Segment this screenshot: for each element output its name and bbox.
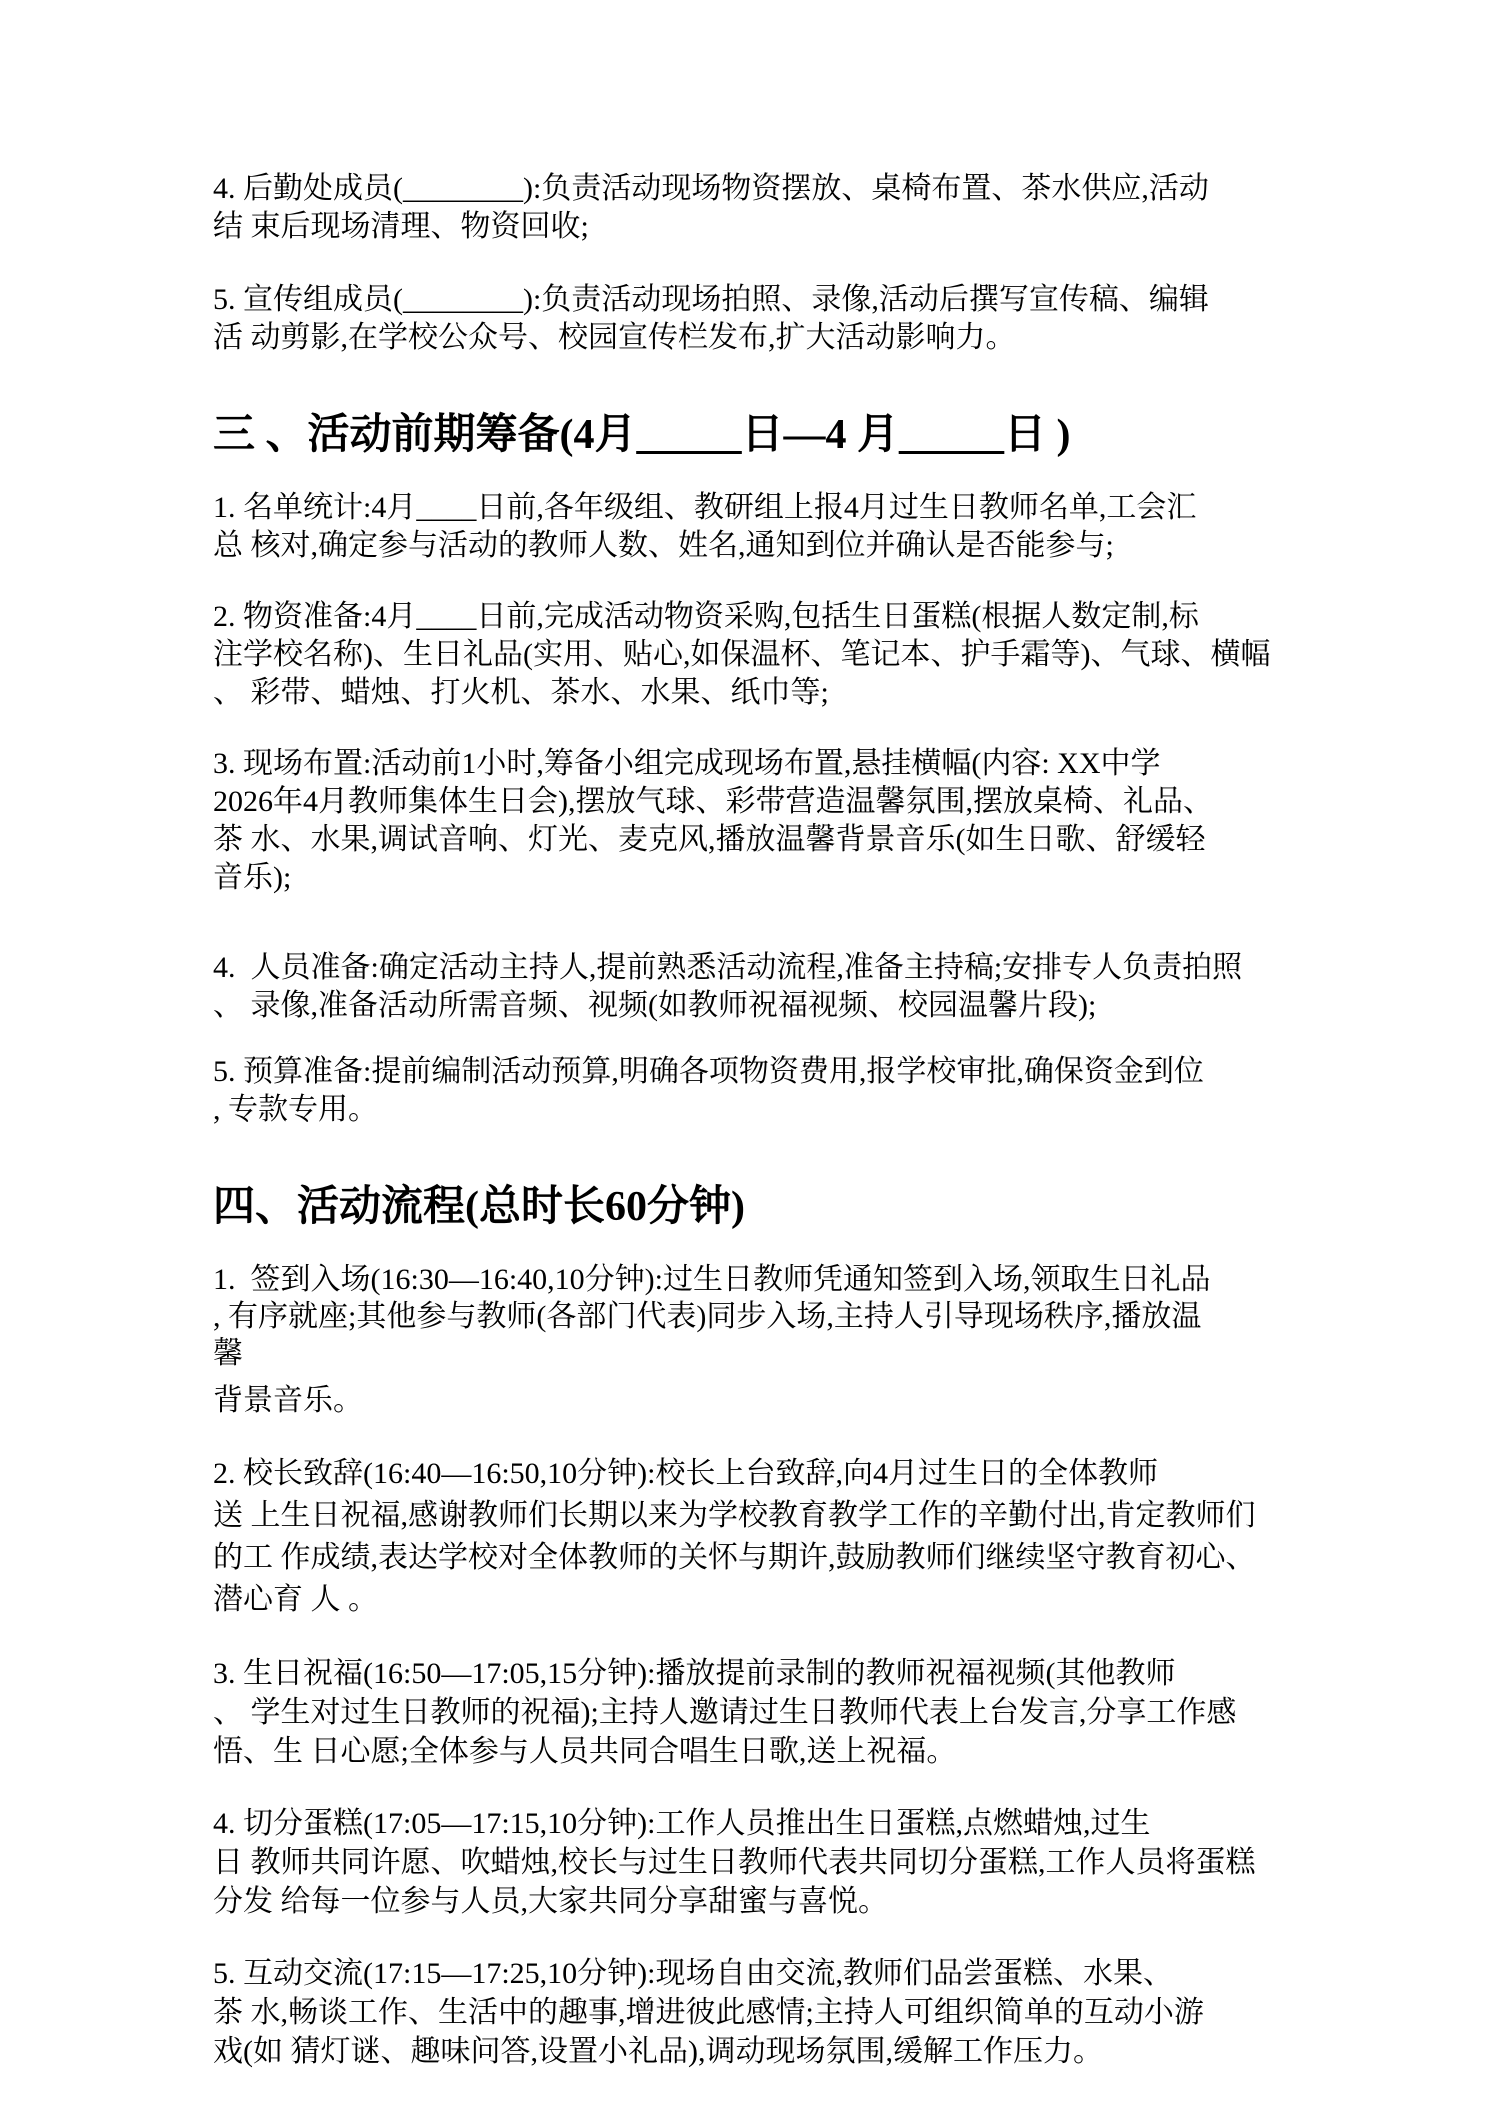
paragraph: 3. 生日祝福(16:50—17:05,15分钟):播放提前录制的教师祝福视频(…: [213, 1654, 1373, 1771]
text-line: 日 教师共同许愿、吹蜡烛,校长与过生日教师代表共同切分蛋糕,工作人员将蛋糕: [213, 1843, 1373, 1882]
text-line: 活 动剪影,在学校公众号、校园宣传栏发布,扩大活动影响力。: [213, 319, 1373, 357]
text-line: , 有序就座;其他参与教师(各部门代表)同步入场,主持人引导现场秩序,播放温: [213, 1298, 1373, 1335]
text-line: 茶 水、水果,调试音响、灯光、麦克风,播放温馨背景音乐(如生日歌、舒缓轻: [213, 821, 1373, 859]
text-line: 2. 校长致辞(16:40—16:50,10分钟):校长上台致辞,向4月过生日的…: [213, 1453, 1373, 1495]
text-line: 2. 物资准备:4月____日前,完成活动物资采购,包括生日蛋糕(根据人数定制,…: [213, 598, 1373, 636]
section-four-process-body: 1. 签到入场(16:30—16:40,10分钟):过生日教师凭通知签到入场,领…: [213, 1261, 1373, 2071]
text-line: 5. 互动交流(17:15—17:25,10分钟):现场自由交流,教师们品尝蛋糕…: [213, 1954, 1373, 1993]
text-line: 悟、生 日心愿;全体参与人员共同合唱生日歌,送上祝福。: [213, 1732, 1373, 1771]
text-line: 5. 预算准备:提前编制活动预算,明确各项物资费用,报学校审批,确保资金到位: [213, 1053, 1373, 1091]
paragraph: 4. 切分蛋糕(17:05—17:15,10分钟):工作人员推出生日蛋糕,点燃蜡…: [213, 1804, 1373, 1921]
text-line: 送 上生日祝福,感谢教师们长期以来为学校教育教学工作的辛勤付出,肯定教师们: [213, 1495, 1373, 1537]
text-line: 总 核对,确定参与活动的教师人数、姓名,通知到位并确认是否能参与;: [213, 527, 1373, 565]
paragraph: 1. 签到入场(16:30—16:40,10分钟):过生日教师凭通知签到入场,领…: [213, 1261, 1373, 1372]
text-line: 2026年4月教师集体生日会),摆放气球、彩带营造温馨氛围,摆放桌椅、礼品、: [213, 783, 1373, 821]
text-line: , 专款专用。: [213, 1091, 1373, 1129]
paragraph: 2. 物资准备:4月____日前,完成活动物资采购,包括生日蛋糕(根据人数定制,…: [213, 598, 1373, 712]
document-page: 4. 后勤处成员(________):负责活动现场物资摆放、桌椅布置、茶水供应,…: [0, 0, 1493, 2112]
paragraph: 5. 宣传组成员(________):负责活动现场拍照、录像,活动后撰写宣传稿、…: [213, 281, 1373, 357]
text-line: 潜心育 人 。: [213, 1579, 1373, 1621]
text-line: 4. 人员准备:确定活动主持人,提前熟悉活动流程,准备主持稿;安排专人负责拍照: [213, 949, 1373, 987]
text-line: 、 录像,准备活动所需音频、视频(如教师祝福视频、校园温馨片段);: [213, 987, 1373, 1025]
text-line: 、 彩带、蜡烛、打火机、茶水、水果、纸巾等;: [213, 674, 1373, 712]
paragraph: 3. 现场布置:活动前1小时,筹备小组完成现场布置,悬挂横幅(内容: XX中学2…: [213, 745, 1373, 897]
text-line: 1. 名单统计:4月____日前,各年级组、教研组上报4月过生日教师名单,工会汇: [213, 489, 1373, 527]
section-three-preparation-body: 1. 名单统计:4月____日前,各年级组、教研组上报4月过生日教师名单,工会汇…: [213, 489, 1373, 1129]
text-line: 音乐);: [213, 859, 1373, 897]
text-line: 戏(如 猜灯谜、趣味问答,设置小礼品),调动现场氛围,缓解工作压力。: [213, 2032, 1373, 2071]
text-line: 1. 签到入场(16:30—16:40,10分钟):过生日教师凭通知签到入场,领…: [213, 1261, 1373, 1298]
text-line: 背景音乐。: [213, 1382, 1373, 1420]
text-line: 注学校名称)、生日礼品(实用、贴心,如保温杯、笔记本、护手霜等)、气球、横幅: [213, 636, 1373, 674]
text-line: 、 学生对过生日教师的祝福);主持人邀请过生日教师代表上台发言,分享工作感: [213, 1693, 1373, 1732]
section-three-heading: 三 、活动前期筹备(4月_____日—4 月_____日 ): [213, 405, 1373, 465]
paragraph: 5. 预算准备:提前编制活动预算,明确各项物资费用,报学校审批,确保资金到位, …: [213, 1053, 1373, 1129]
paragraph: 4. 人员准备:确定活动主持人,提前熟悉活动流程,准备主持稿;安排专人负责拍照、…: [213, 949, 1373, 1025]
text-line: 3. 现场布置:活动前1小时,筹备小组完成现场布置,悬挂横幅(内容: XX中学: [213, 745, 1373, 783]
text-line: 4. 后勤处成员(________):负责活动现场物资摆放、桌椅布置、茶水供应,…: [213, 170, 1373, 208]
paragraph: 5. 互动交流(17:15—17:25,10分钟):现场自由交流,教师们品尝蛋糕…: [213, 1954, 1373, 2071]
paragraph: 背景音乐。: [213, 1382, 1373, 1420]
text-line: 的工 作成绩,表达学校对全体教师的关怀与期许,鼓励教师们继续坚守教育初心、: [213, 1537, 1373, 1579]
intro-list: 4. 后勤处成员(________):负责活动现场物资摆放、桌椅布置、茶水供应,…: [213, 170, 1373, 357]
text-line: 分发 给每一位参与人员,大家共同分享甜蜜与喜悦。: [213, 1882, 1373, 1921]
paragraph: 1. 名单统计:4月____日前,各年级组、教研组上报4月过生日教师名单,工会汇…: [213, 489, 1373, 565]
text-line: 馨: [213, 1335, 1373, 1372]
paragraph: 2. 校长致辞(16:40—16:50,10分钟):校长上台致辞,向4月过生日的…: [213, 1453, 1373, 1621]
text-line: 3. 生日祝福(16:50—17:05,15分钟):播放提前录制的教师祝福视频(…: [213, 1654, 1373, 1693]
text-line: 结 束后现场清理、物资回收;: [213, 208, 1373, 246]
text-line: 茶 水,畅谈工作、生活中的趣事,增进彼此感情;主持人可组织简单的互动小游: [213, 1993, 1373, 2032]
paragraph: 4. 后勤处成员(________):负责活动现场物资摆放、桌椅布置、茶水供应,…: [213, 170, 1373, 246]
text-line: 5. 宣传组成员(________):负责活动现场拍照、录像,活动后撰写宣传稿、…: [213, 281, 1373, 319]
text-line: 4. 切分蛋糕(17:05—17:15,10分钟):工作人员推出生日蛋糕,点燃蜡…: [213, 1804, 1373, 1843]
section-four-heading: 四、活动流程(总时长60分钟): [213, 1177, 1373, 1237]
